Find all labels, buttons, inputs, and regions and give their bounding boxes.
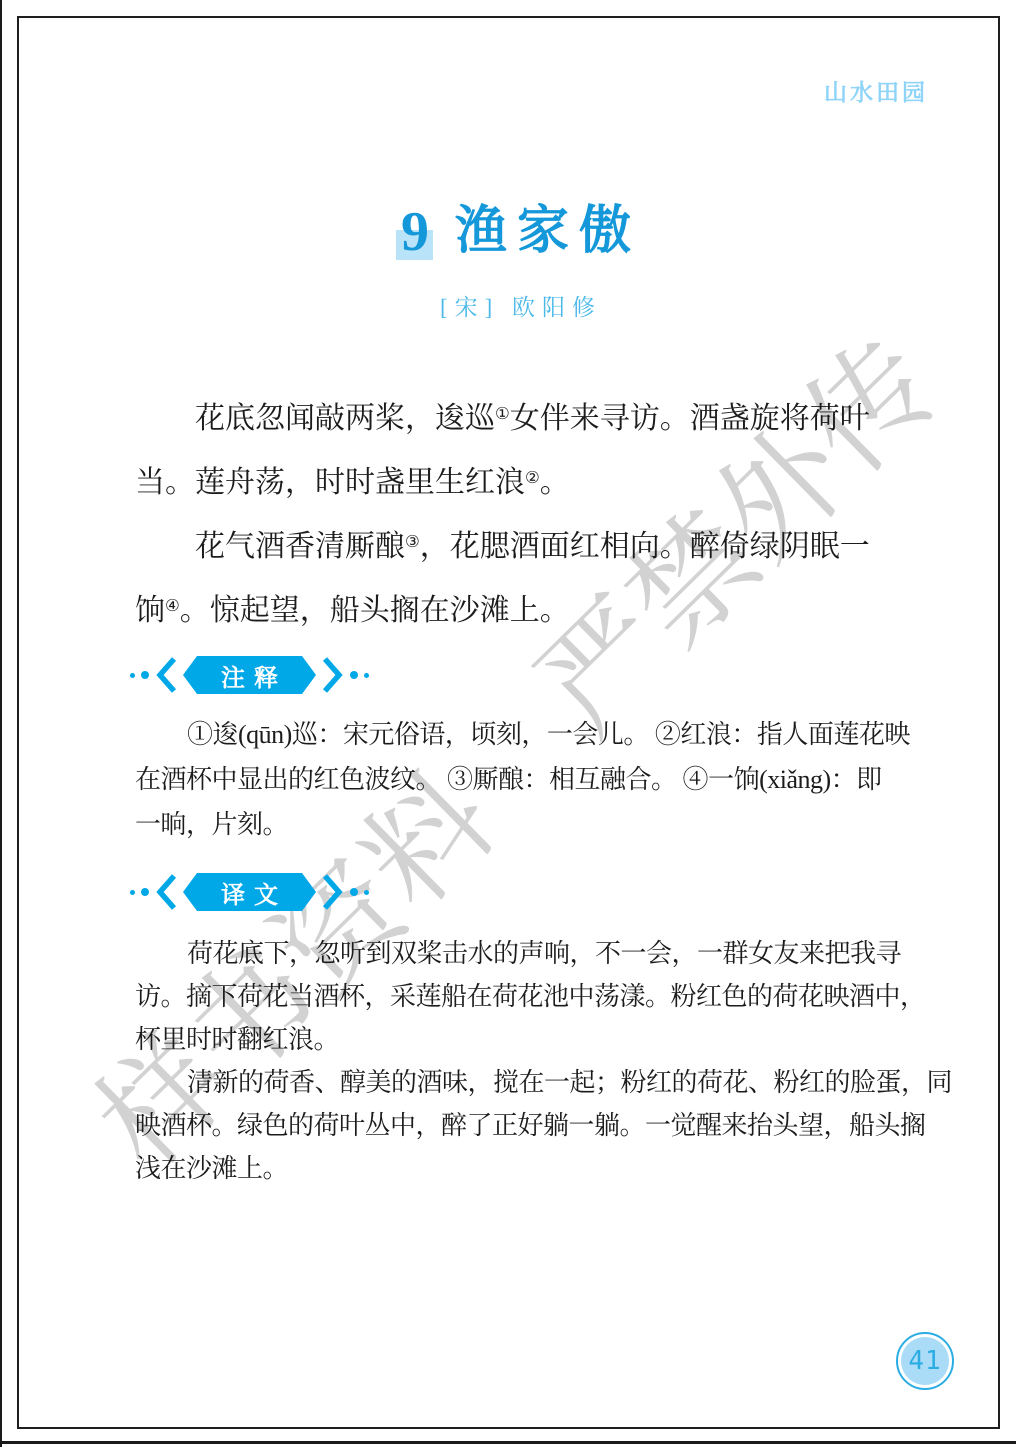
translation-badge: 译文: [183, 873, 316, 911]
banner-dot-icon: [350, 888, 358, 896]
lesson-title-text: 渔家傲: [455, 205, 641, 260]
text-line: 荷花底下，忽听到双桨击水的声响，不一会，一群女友来把我寻: [135, 932, 915, 975]
banner-dot-icon: [141, 671, 149, 679]
text-line: 在酒杯中显出的红色波纹。 ③厮酿：相互融合。 ④一饷(xiǎng)：即: [135, 757, 915, 802]
banner-dot-icon: [130, 673, 135, 678]
poem-author: [宋] 欧阳修: [135, 289, 907, 322]
text-line: 清新的荷香、醇美的酒味，搅在一起；粉红的荷花、粉红的脸蛋，同: [135, 1061, 915, 1104]
translation-text: 荷花底下，忽听到双桨击水的声响，不一会，一群女友来把我寻访。摘下荷花当酒杯，采莲…: [135, 932, 915, 1190]
page-number: 41: [908, 1346, 941, 1376]
right-chevron-icon: [322, 656, 344, 694]
text-line: ①逡(qūn)巡：宋元俗语，顷刻，一会儿。 ②红浪：指人面莲花映: [135, 712, 915, 757]
right-chevron-icon: [322, 873, 344, 911]
text-line: 映酒杯。绿色的荷叶丛中，醉了正好躺一躺。一觉醒来抬头望，船头搁: [135, 1104, 915, 1147]
text-line: 杯里时时翻红浪。: [135, 1018, 915, 1061]
text-line: 一晌，片刻。: [135, 802, 915, 847]
banner-dot-icon: [141, 888, 149, 896]
banner-dot-icon: [350, 671, 358, 679]
page-content: 山水田园 9 渔家傲 [宋] 欧阳修 花底忽闻敲两桨，逡巡①女伴来寻访。酒盏旋将…: [0, 0, 1016, 1447]
text-line: 访。摘下荷花当酒杯，采莲船在荷花池中荡漾。粉红色的荷花映酒中，: [135, 975, 915, 1018]
left-chevron-icon: [155, 656, 177, 694]
translation-banner: 译文: [130, 872, 369, 912]
banner-dot-icon: [364, 890, 369, 895]
text-line: 饷④。惊起望，船头搁在沙滩上。: [135, 576, 915, 640]
poem-text: 花底忽闻敲两桨，逡巡①女伴来寻访。酒盏旋将荷叶当。莲舟荡，时时盏里生红浪②。花气…: [135, 384, 915, 640]
banner-dot-icon: [130, 890, 135, 895]
notes-badge: 注释: [183, 656, 316, 694]
lesson-title: 9 渔家傲: [135, 204, 907, 260]
page-number-badge: 41: [896, 1332, 954, 1390]
notes-text: ①逡(qūn)巡：宋元俗语，顷刻，一会儿。 ②红浪：指人面莲花映在酒杯中显出的红…: [135, 712, 915, 847]
text-line: 浅在沙滩上。: [135, 1147, 915, 1190]
section-tag: 山水田园: [824, 74, 928, 107]
banner-dot-icon: [364, 673, 369, 678]
notes-banner: 注释: [130, 655, 369, 695]
text-line: 花底忽闻敲两桨，逡巡①女伴来寻访。酒盏旋将荷叶: [135, 384, 915, 448]
lesson-number: 9: [401, 201, 429, 263]
left-chevron-icon: [155, 873, 177, 911]
text-line: 当。莲舟荡，时时盏里生红浪②。: [135, 448, 915, 512]
lesson-number-wrap: 9: [401, 204, 429, 260]
text-line: 花气酒香清厮酿③，花腮酒面红相向。醉倚绿阴眠一: [135, 512, 915, 576]
